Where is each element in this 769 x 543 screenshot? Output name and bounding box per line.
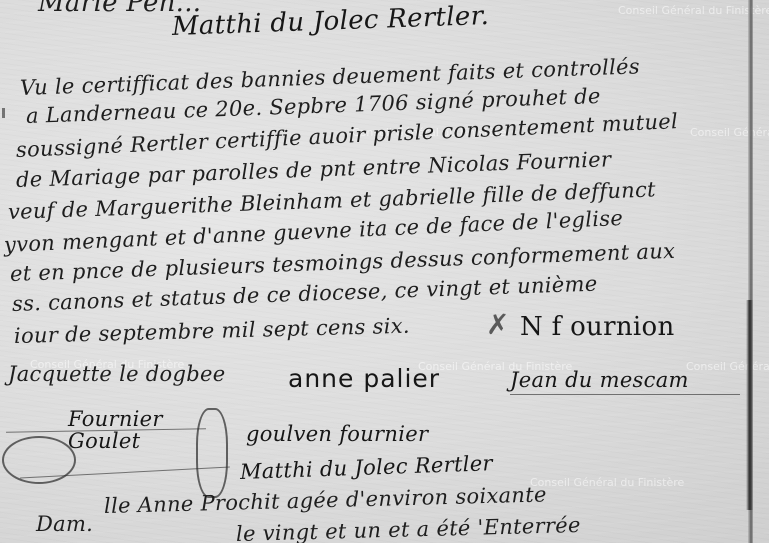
manuscript-page: Conseil Général du Finistère Conseil Gén… [0,0,769,543]
signature-flourish [2,436,76,484]
witness-signature: Jacquette le dogbee [8,362,225,386]
signature-goulven-fournier: goulven fournier [246,422,428,446]
ink-mark [2,108,5,118]
signature-rertler-header: Matthi du Jolec Rertler. [171,1,489,42]
signature-anne-palier: anne palier [288,364,440,393]
signature-matthi-rertler: Matthi du Jolec Rertler [240,451,494,484]
signature-jean-du-mescam: Jean du mescam [510,368,689,392]
signature-fournier: N f ournion [520,312,675,342]
watermark: Conseil Général du Finistère [686,360,769,373]
text-line: le vingt et un et a été 'Enterrée [236,513,581,543]
margin-label: Dam. [36,512,93,536]
signature-mark: ✗ [486,308,509,341]
text-line: lle Anne Prochit agée d'environ soixante [104,482,547,518]
watermark: Conseil Général du Finistère [690,126,769,139]
margin-rule-flourish [746,300,753,510]
signature-flourish [196,408,228,498]
underline [510,394,740,395]
text-line: iour de septembre mil sept cens six. [14,314,410,348]
watermark: Conseil Général du Finistère [618,4,769,17]
watermark: Conseil Général du Finistère [530,476,684,489]
